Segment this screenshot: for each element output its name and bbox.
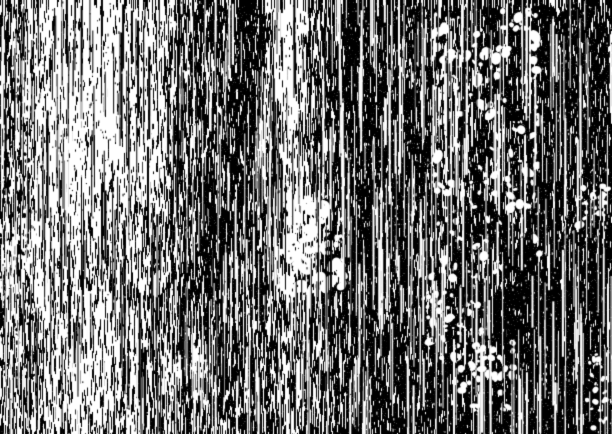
grunge-texture-canvas bbox=[0, 0, 612, 434]
grunge-texture bbox=[0, 0, 612, 434]
